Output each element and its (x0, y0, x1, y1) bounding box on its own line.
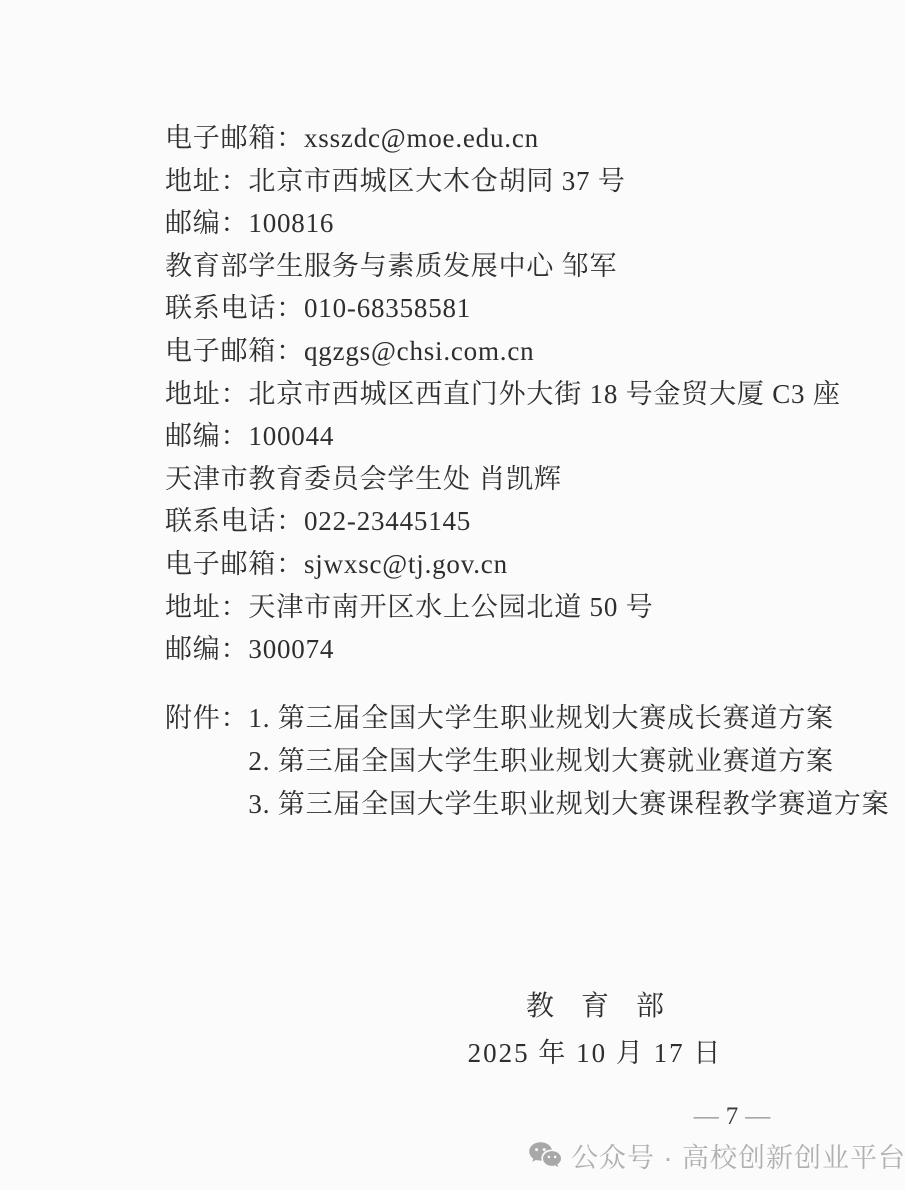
wechat-icon (528, 1141, 562, 1171)
contact-line-postcode: 邮编：300074 (165, 628, 845, 671)
watermark: 公众号 · 高校创新创业平台 (528, 1136, 905, 1175)
contact-line-address: 地址：北京市西城区西直门外大街 18 号金贸大厦 C3 座 (165, 373, 845, 416)
watermark-text: 公众号 · 高校创新创业平台 (571, 1136, 905, 1175)
contact-line-postcode: 邮编：100816 (165, 202, 845, 245)
contact-line-phone: 联系电话：022-23445145 (165, 500, 845, 543)
page-number-dash: — (687, 1103, 726, 1130)
attachments-label: 附件： (165, 697, 248, 740)
attachments-block: 附件： 1. 第三届全国大学生职业规划大赛成长赛道方案 2. 第三届全国大学生职… (165, 697, 889, 826)
attachment-item: 2. 第三届全国大学生职业规划大赛就业赛道方案 (248, 740, 889, 783)
contact-line-phone: 联系电话：010-68358581 (165, 287, 845, 330)
signature-block: 教育部 2025 年 10 月 17 日 (400, 984, 790, 1076)
page-number: —7— (678, 1102, 786, 1132)
page-number-value: 7 (726, 1103, 739, 1130)
contact-line-postcode: 邮编：100044 (165, 415, 845, 458)
attachment-item: 1. 第三届全国大学生职业规划大赛成长赛道方案 (248, 697, 889, 740)
attachments-list: 1. 第三届全国大学生职业规划大赛成长赛道方案 2. 第三届全国大学生职业规划大… (248, 697, 889, 826)
contact-line-email: 电子邮箱：sjwxsc@tj.gov.cn (165, 543, 845, 586)
contact-line-email: 电子邮箱：qgzgs@chsi.com.cn (165, 330, 845, 373)
issuer-name: 教育部 (400, 984, 790, 1030)
page-number-dash: — (738, 1103, 777, 1130)
contact-line-email: 电子邮箱：xsszdc@moe.edu.cn (165, 117, 845, 160)
issue-date: 2025 年 10 月 17 日 (400, 1030, 790, 1076)
contact-info-block: 电子邮箱：xsszdc@moe.edu.cn 地址：北京市西城区大木仓胡同 37… (165, 117, 845, 671)
document-page: 电子邮箱：xsszdc@moe.edu.cn 地址：北京市西城区大木仓胡同 37… (0, 0, 905, 1190)
contact-line-org: 教育部学生服务与素质发展中心 邹军 (165, 245, 845, 288)
attachment-item: 3. 第三届全国大学生职业规划大赛课程教学赛道方案 (248, 783, 889, 826)
contact-line-address: 地址：北京市西城区大木仓胡同 37 号 (165, 160, 845, 203)
contact-line-address: 地址：天津市南开区水上公园北道 50 号 (165, 586, 845, 629)
contact-line-org: 天津市教育委员会学生处 肖凯辉 (165, 458, 845, 501)
